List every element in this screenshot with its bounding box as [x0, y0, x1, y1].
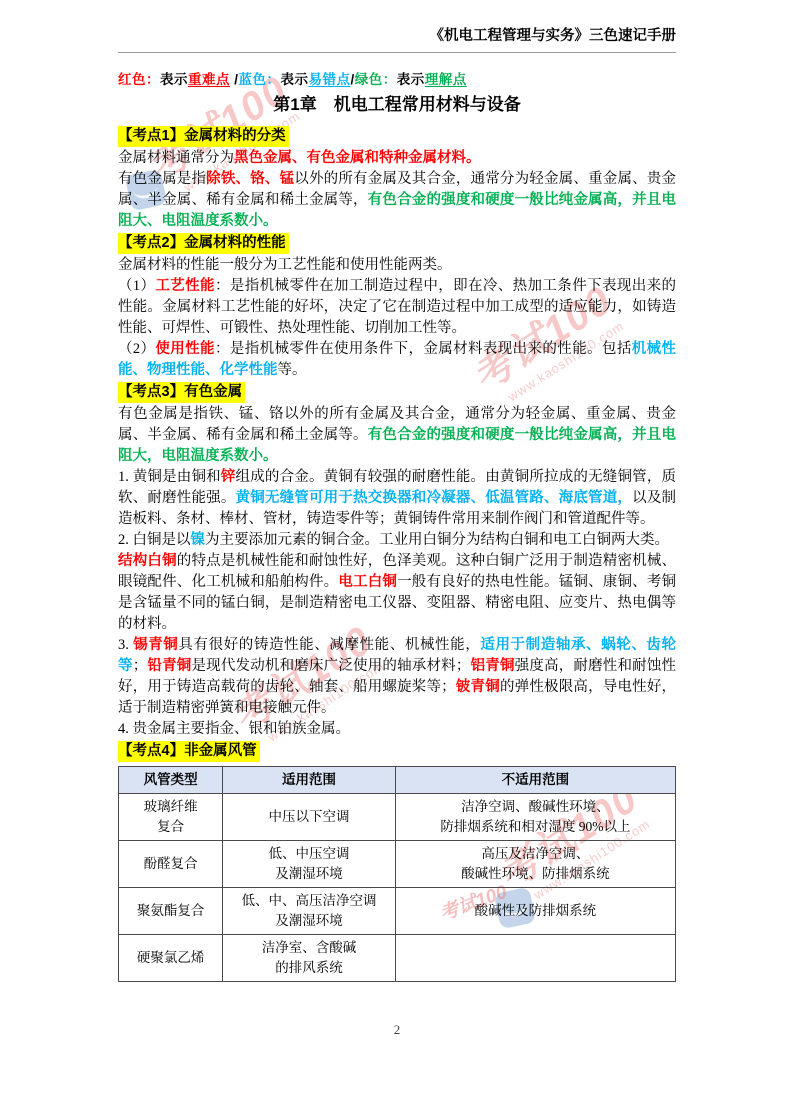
- paragraph: 结构白铜的特点是机械性能和耐蚀性好，色泽美观。这种白铜广泛用于制造精密机械、眼镜…: [118, 551, 676, 635]
- text-segment: 铍青铜: [456, 679, 500, 695]
- section-header-kp3: 【考点3】有色金属: [118, 382, 245, 403]
- paragraph: 3. 锡青铜具有很好的铸造性能、减摩性能、机械性能，适用于制造轴承、蜗轮、齿轮等…: [118, 635, 676, 719]
- table-row: 硬聚氯乙烯洁净室、含酸碱 的排风系统: [119, 935, 676, 982]
- page-number: 2: [0, 1022, 794, 1038]
- text-segment: ；: [133, 658, 148, 674]
- text-segment: （1）: [118, 278, 155, 294]
- paragraph: （1）工艺性能：是指机械零件在加工制造过程中，即在冷、热加工条件下表现出来的性能…: [118, 276, 676, 339]
- paragraph: 金属材料的性能一般分为工艺性能和使用性能两类。: [118, 255, 676, 276]
- text-segment: 为主要添加元素的铜合金。工业用白铜分为结构白铜和电工白铜两大类。: [205, 532, 669, 548]
- document-body: 【考点1】金属材料的分类金属材料通常分为黑色金属、有色金属和特种金属材料。有色金…: [118, 125, 676, 763]
- text-segment: 表示: [281, 72, 309, 87]
- table-cell: 洁净室、含酸碱 的排风系统: [223, 935, 396, 982]
- table-cell: 中压以下空调: [223, 794, 396, 841]
- table-column-header: 不适用范围: [395, 767, 675, 794]
- text-segment: 具有很好的铸造性能、减摩性能、机械性能，: [178, 637, 480, 653]
- text-segment: 铝青铜: [470, 658, 514, 674]
- paragraph: 金属材料通常分为黑色金属、有色金属和特种金属材料。: [118, 148, 676, 169]
- table-column-header: 适用范围: [223, 767, 396, 794]
- table-cell: 低、中压空调 及潮湿环境: [223, 841, 396, 888]
- document-header-title: 《机电工程管理与实务》三色速记手册: [118, 26, 676, 53]
- table-cell: 硬聚氯乙烯: [119, 935, 223, 982]
- chapter-title: 第1章 机电工程常用材料与设备: [118, 93, 676, 117]
- text-segment: 等。: [278, 362, 307, 378]
- text-segment: 红色：: [118, 72, 160, 87]
- paragraph: （2）使用性能：是指机械零件在使用条件下，金属材料表现出来的性能。包括机械性能、…: [118, 339, 676, 381]
- text-segment: 黄铜无缝管可用于热交换器和冷凝器、低温管路、海底管道，: [236, 490, 633, 506]
- text-segment: ：是指机械零件在使用条件下，金属材料表现出来的性能。包括: [215, 341, 632, 357]
- text-segment: 1. 黄铜是由铜和: [118, 469, 221, 485]
- duct-table: 风管类型适用范围不适用范围 玻璃纤维 复合中压以下空调洁净空调、酸碱性环境、 防…: [118, 766, 676, 982]
- paragraph: 有色金属是指铁、锰、铬以外的所有金属及其合金，通常分为轻金属、重金属、贵金属、半…: [118, 404, 676, 467]
- text-segment: 工艺性能: [155, 278, 215, 294]
- text-segment: /: [230, 72, 239, 87]
- color-legend: 红色：表示重难点 /蓝色：表示易错点/绿色：表示理解点: [118, 71, 676, 89]
- text-segment: 使用性能: [155, 341, 215, 357]
- text-segment: 有色金属是指: [118, 171, 206, 187]
- text-segment: 理解点: [425, 72, 467, 87]
- text-segment: 是现代发动机和磨床广泛使用的轴承材料；: [191, 658, 470, 674]
- table-column-header: 风管类型: [119, 767, 223, 794]
- duct-table-header-row: 风管类型适用范围不适用范围: [119, 767, 676, 794]
- text-segment: 黑色金属、有色金属和特种金属材料。: [234, 150, 481, 166]
- section-header-kp1: 【考点1】金属材料的分类: [118, 126, 289, 147]
- text-segment: 电工白铜: [338, 574, 397, 590]
- text-segment: 2. 白铜是以: [118, 532, 191, 548]
- table-cell: 酸碱性及防排烟系统: [395, 888, 675, 935]
- table-row: 酚醛复合低、中压空调 及潮湿环境高压及洁净空调、 酸碱性环境、防排烟系统: [119, 841, 676, 888]
- table-cell: [395, 935, 675, 982]
- paragraph: 4. 贵金属主要指金、银和铂族金属。: [118, 719, 676, 740]
- table-cell: 低、中、高压洁净空调 及潮湿环境: [223, 888, 396, 935]
- text-segment: 锡青铜: [133, 637, 178, 653]
- section-header-kp4: 【考点4】非金属风管: [118, 741, 260, 762]
- text-segment: 重难点: [188, 72, 230, 87]
- table-cell: 聚氨酯复合: [119, 888, 223, 935]
- table-cell: 玻璃纤维 复合: [119, 794, 223, 841]
- table-row: 聚氨酯复合低、中、高压洁净空调 及潮湿环境酸碱性及防排烟系统: [119, 888, 676, 935]
- page: 考试100 www.kaoshi100.com 考试100 www.kaoshi…: [0, 0, 794, 1098]
- text-segment: 易错点: [309, 72, 351, 87]
- text-segment: 镍: [191, 532, 206, 548]
- text-segment: 蓝色：: [239, 72, 281, 87]
- text-segment: 绿色：: [355, 72, 397, 87]
- text-segment: 3.: [118, 637, 133, 653]
- section-header-kp2: 【考点2】金属材料的性能: [118, 233, 289, 254]
- table-row: 玻璃纤维 复合中压以下空调洁净空调、酸碱性环境、 防排烟系统和相对湿度 90%以…: [119, 794, 676, 841]
- document-content: 《机电工程管理与实务》三色速记手册 红色：表示重难点 /蓝色：表示易错点/绿色：…: [118, 26, 676, 982]
- table-cell: 洁净空调、酸碱性环境、 防排烟系统和相对湿度 90%以上: [395, 794, 675, 841]
- paragraph: 1. 黄铜是由铜和锌组成的合金。黄铜有较强的耐磨性能。由黄铜所拉成的无缝铜管，质…: [118, 467, 676, 530]
- text-segment: 金属材料的性能一般分为工艺性能和使用性能两类。: [118, 257, 452, 273]
- text-segment: 结构白铜: [118, 553, 177, 569]
- text-segment: 铅青铜: [147, 658, 191, 674]
- text-segment: 表示: [160, 72, 188, 87]
- paragraph: 有色金属是指除铁、铬、锰以外的所有金属及其合金，通常分为轻金属、重金属、贵金属、…: [118, 169, 676, 232]
- paragraph: 2. 白铜是以镍为主要添加元素的铜合金。工业用白铜分为结构白铜和电工白铜两大类。: [118, 530, 676, 551]
- text-segment: 4. 贵金属主要指金、银和铂族金属。: [118, 721, 350, 737]
- table-cell: 酚醛复合: [119, 841, 223, 888]
- text-segment: 表示: [397, 72, 425, 87]
- text-segment: （2）: [118, 341, 155, 357]
- text-segment: 金属材料通常分为: [118, 150, 234, 166]
- text-segment: 除铁、铬、锰: [206, 171, 294, 187]
- text-segment: 锌: [221, 469, 236, 485]
- table-cell: 高压及洁净空调、 酸碱性环境、防排烟系统: [395, 841, 675, 888]
